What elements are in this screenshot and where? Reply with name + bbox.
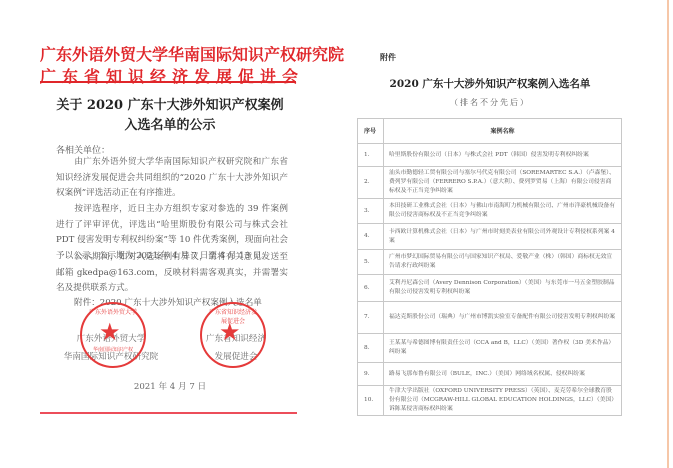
row-case-name: 牛津大学出版社（OXFORD UNIVERSITY PRESS）（英国）、麦克劳… (384, 386, 622, 416)
row-case-name: 卡西欧计算机株式会社（日本）与广州市时刻美表业有限公司外观设计专利侵权系列案 4… (384, 224, 622, 250)
official-seal-1: 广东外语外贸大学 ★ 华南国际知识产权 (80, 302, 146, 368)
table-row: 1. 哈里斯股份有限公司（日本）与株式会社 PDT（韩国）侵害发明专利权纠纷案 (358, 144, 622, 167)
seal-1-ring-text: 广东外语外贸大学 (88, 307, 138, 316)
table-row: 7. 福达克斯股份公司（瑞典）与广州市博凯实验室专备配件有限公司侵害发明专利权纠… (358, 302, 622, 334)
notice-date: 2021 年 4 月 7 日 (40, 380, 300, 392)
row-number: 6. (358, 275, 384, 302)
row-case-name: 本田技研工业株式会社（日本）与佛山市南海町力机械有限公司、广州市洋豪机械设备有限… (384, 199, 622, 224)
org-name-1: 广东外语外贸大学华南国际知识产权研究院 (40, 42, 300, 65)
star-icon: ★ (219, 320, 241, 344)
row-number: 9. (358, 363, 384, 386)
row-case-name: 福达克斯股份公司（瑞典）与广州市博凯实验室专备配件有限公司侵害发明专利权纠纷案 (384, 302, 622, 334)
official-seal-2: 广东省知识经济发展促进会 ★ (200, 302, 266, 368)
row-case-name: 艾利丹尼森公司（Avery Dennison Corporation）（美国）与… (384, 275, 622, 302)
table-row: 6. 艾利丹尼森公司（Avery Dennison Corporation）（美… (358, 275, 622, 302)
table-row: 8. 王某某与希德图博有限责任公司（CCA and B，LLC）（美国）著作权（… (358, 334, 622, 363)
org-name-2: 广东省知识经济发展促进会 (40, 64, 300, 87)
paragraph-3-text: 公示期间，如对入选案例有异议，请将有关意见发送至邮箱 gkedpa@163.co… (56, 252, 288, 293)
seal-1-band-text: 华南国际知识产权 (90, 346, 136, 353)
attachment-label: 附件 (380, 52, 396, 63)
notice-title-line-1: 关于 2020 广东十大涉外知识产权案例 (40, 96, 300, 116)
row-case-name: 汕头市勤德轻工贸有限公司与塞尔马代克有限公司（SOREMARTEC S.A.）（… (384, 167, 622, 199)
row-number: 5. (358, 250, 384, 275)
table-header-row: 序号 案例名称 (358, 119, 622, 144)
row-number: 7. (358, 302, 384, 334)
star-icon: ★ (99, 320, 121, 344)
table-row: 5. 广州市梦幻国际贸易有限公司与国家知识产权局、爱敬产业（株）（韩国）商标权无… (358, 250, 622, 275)
paragraph-1-text: 由广东外语外贸大学华南国际知识产权研究院和广东省知识经济发展促进会共同组织的“2… (56, 157, 288, 198)
list-title: 2020 广东十大涉外知识产权案例入选名单 (340, 76, 640, 91)
row-number: 4. (358, 224, 384, 250)
row-case-name: 哈里斯股份有限公司（日本）与株式会社 PDT（韩国）侵害发明专利权纠纷案 (384, 144, 622, 167)
header-case-name: 案例名称 (384, 119, 622, 144)
row-case-name: 路易飞那布鲁有限公司（BULE，INC.）（美国）网络域名权属、侵权纠纷案 (384, 363, 622, 386)
row-number: 2. (358, 167, 384, 199)
row-number: 8. (358, 334, 384, 363)
table-row: 9. 路易飞那布鲁有限公司（BULE，INC.）（美国）网络域名权属、侵权纠纷案 (358, 363, 622, 386)
attachment-document: 附件 2020 广东十大涉外知识产权案例入选名单 （排名不分先后） 序号 案例名… (340, 0, 667, 468)
row-case-name: 广州市梦幻国际贸易有限公司与国家知识产权局、爱敬产业（株）（韩国）商标权无效宣告… (384, 250, 622, 275)
table-row: 4. 卡西欧计算机株式会社（日本）与广州市时刻美表业有限公司外观设计专利侵权系列… (358, 224, 622, 250)
notice-title-line-2: 入选名单的公示 (40, 116, 300, 136)
row-case-name: 王某某与希德图博有限责任公司（CCA and B，LLC）（美国）著作权（3D … (384, 334, 622, 363)
notice-title: 关于 2020 广东十大涉外知识产权案例 入选名单的公示 (40, 96, 300, 136)
table-row: 3. 本田技研工业株式会社（日本）与佛山市南海町力机械有限公司、广州市洋豪机械设… (358, 199, 622, 224)
row-number: 3. (358, 199, 384, 224)
paragraph-1: 由广东外语外贸大学华南国际知识产权研究院和广东省知识经济发展促进会共同组织的“2… (56, 155, 288, 202)
cases-table: 序号 案例名称 1. 哈里斯股份有限公司（日本）与株式会社 PDT（韩国）侵害发… (357, 118, 622, 416)
red-footer-rule (40, 412, 297, 414)
red-header-rule (40, 81, 296, 83)
row-number: 10. (358, 386, 384, 416)
row-number: 1. (358, 144, 384, 167)
notice-document: 广东外语外贸大学华南国际知识产权研究院 广东省知识经济发展促进会 关于 2020… (0, 0, 340, 468)
table-row: 10. 牛津大学出版社（OXFORD UNIVERSITY PRESS）（英国）… (358, 386, 622, 416)
page-edge-line (667, 0, 669, 468)
list-subtitle: （排名不分先后） (340, 97, 640, 108)
header-number: 序号 (358, 119, 384, 144)
paragraph-3: 公示期间，如对入选案例有异议，请将有关意见发送至邮箱 gkedpa@163.co… (56, 250, 288, 297)
table-row: 2. 汕头市勤德轻工贸有限公司与塞尔马代克有限公司（SOREMARTEC S.A… (358, 167, 622, 199)
